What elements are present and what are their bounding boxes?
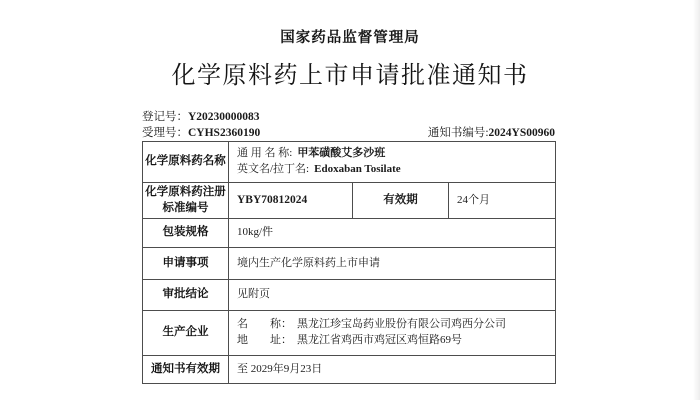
generic-name-line: 通 用 名 称: 甲苯磺酸艾多沙班 [237,146,551,162]
document-title: 化学原料药上市申请批准通知书 [0,55,700,90]
table-row-application-item: 申请事项 境内生产化学原料药上市申请 [143,248,556,280]
standard-number-row-label: 化学原料药注册标准编号 [143,183,229,219]
drug-name-cell: 通 用 名 称: 甲苯磺酸艾多沙班 英文名/拉丁名: Edoxaban Tosi… [229,142,556,183]
notice-validity-value: 至 2029年9月23日 [229,356,556,384]
manufacturer-name-label: 名 称： [237,317,292,333]
table-row-standard-number: 化学原料药注册标准编号 YBY70812024 有效期 24个月 [143,183,556,219]
manufacturer-name-line: 名 称： 黑龙江珍宝岛药业股份有限公司鸡西分公司 [237,317,551,333]
manufacturer-name-value: 黑龙江珍宝岛药业股份有限公司鸡西分公司 [297,317,506,333]
manufacturer-address-value: 黑龙江省鸡西市鸡冠区鸡恒路69号 [297,333,462,349]
acceptance-label: 受理号： [142,127,188,139]
table-row-package-spec: 包装规格 10kg/件 [143,219,556,248]
standard-number-value: YBY70812024 [229,183,353,219]
approval-conclusion-value: 见附页 [229,280,556,311]
registration-number: Y20230000083 [188,111,260,123]
approval-notice-document: 国家药品监督管理局 化学原料药上市申请批准通知书 登记号：Y2023000008… [0,0,700,400]
application-item-value: 境内生产化学原料药上市申请 [229,248,556,280]
table-row-approval-conclusion: 审批结论 见附页 [143,280,556,311]
generic-name-value: 甲苯磺酸艾多沙班 [297,146,385,162]
package-spec-value: 10kg/件 [229,219,556,248]
registration-label: 登记号： [142,111,188,123]
notice-number-value: 2024YS00960 [489,127,555,139]
acceptance-line: 受理号：CYHS2360190 [142,124,260,140]
acceptance-number: CYHS2360190 [188,127,260,139]
table-row-notice-validity: 通知书有效期 至 2029年9月23日 [143,356,556,384]
table-row-drug-name: 化学原料药名称 通 用 名 称: 甲苯磺酸艾多沙班 英文名/拉丁名: Edoxa… [143,142,556,183]
validity-period-value: 24个月 [449,183,556,219]
notice-number-line: 通知书编号:2024YS00960 [428,124,555,140]
approval-conclusion-row-label: 审批结论 [143,280,229,311]
manufacturer-address-label: 地 址： [237,333,292,349]
manufacturer-cell: 名 称： 黑龙江珍宝岛药业股份有限公司鸡西分公司 地 址： 黑龙江省鸡西市鸡冠区… [229,311,556,356]
application-item-row-label: 申请事项 [143,248,229,280]
english-name-value: Edoxaban Tosilate [314,162,401,178]
notice-validity-row-label: 通知书有效期 [143,356,229,384]
notice-number-label: 通知书编号: [428,127,489,139]
english-name-label: 英文名/拉丁名: [237,162,309,178]
drug-name-row-label: 化学原料药名称 [143,142,229,183]
manufacturer-row-label: 生产企业 [143,311,229,356]
package-spec-row-label: 包装规格 [143,219,229,248]
approval-details-table: 化学原料药名称 通 用 名 称: 甲苯磺酸艾多沙班 英文名/拉丁名: Edoxa… [142,141,556,384]
acceptance-notice-line: 受理号：CYHS2360190 通知书编号:2024YS00960 [142,124,555,140]
scan-edge-shadow [693,0,700,400]
table-row-manufacturer: 生产企业 名 称： 黑龙江珍宝岛药业股份有限公司鸡西分公司 地 址： 黑龙江省鸡… [143,311,556,356]
registration-line: 登记号：Y20230000083 [142,108,555,124]
manufacturer-address-line: 地 址： 黑龙江省鸡西市鸡冠区鸡恒路69号 [237,333,551,349]
validity-period-label: 有效期 [353,183,449,219]
issuing-authority: 国家药品监督管理局 [0,26,700,47]
english-name-line: 英文名/拉丁名: Edoxaban Tosilate [237,162,551,178]
generic-name-label: 通 用 名 称: [237,146,292,162]
